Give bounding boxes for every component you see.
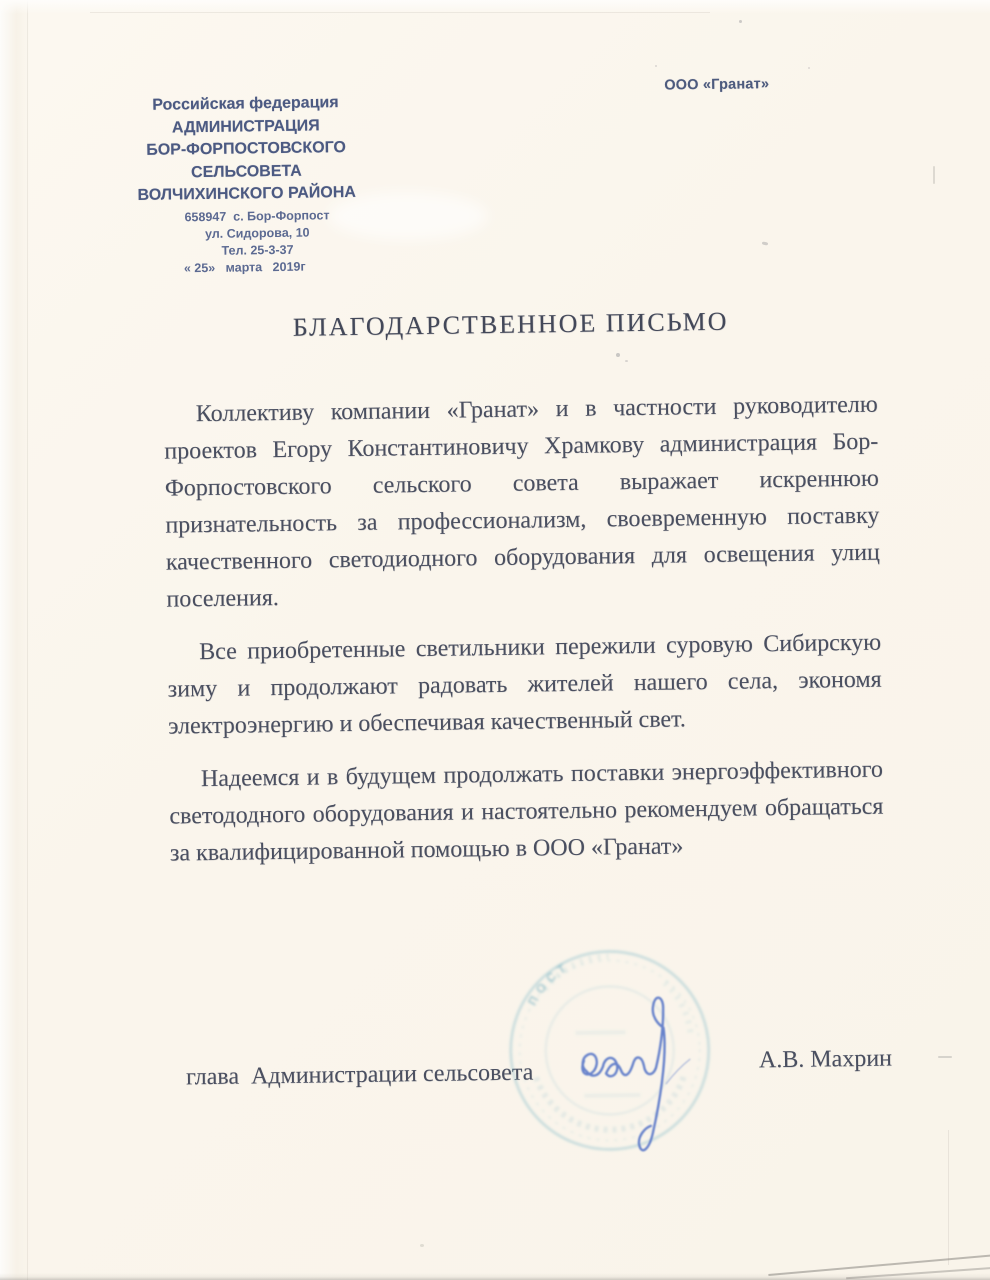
scan-speck — [625, 360, 628, 362]
letterhead-address: 658947 с. Бор-Форпост ул. Сидорова, 10 Т… — [122, 206, 373, 277]
letterhead: Российская федерация АДМИНИСТРАЦИЯ БОР-Ф… — [120, 92, 373, 278]
recipient-company: ООО «Гранат» — [664, 76, 769, 93]
scan-edge-bottom — [0, 1273, 990, 1280]
paragraph-performance: Все приобретенные светильники пережили с… — [167, 625, 882, 746]
scan-speck — [808, 67, 810, 69]
handwritten-signature — [581, 997, 691, 1151]
scan-speck — [655, 65, 657, 67]
signer-position: глава Администрации сельсовета — [186, 1060, 534, 1092]
scan-fold-line — [948, 1130, 949, 1265]
letterhead-line-district: ВОЛЧИХИНСКОГО РАЙОНА — [122, 182, 372, 208]
scanned-letter-page: ООО «Гранат» Российская федерация АДМИНИ… — [0, 0, 990, 1280]
scan-speck — [938, 1056, 952, 1058]
letter-body: Коллективу компании «Гранат» и в частнос… — [164, 387, 885, 889]
letterhead-date: « 25» марта 2019г — [143, 257, 373, 277]
letterhead-line-settlement: БОР-ФОРПОСТОВСКОГО — [121, 137, 371, 163]
paragraph-future: Надеемся и в будущем продолжать поставки… — [169, 752, 884, 873]
scan-speck — [933, 166, 935, 184]
scan-speck — [739, 20, 742, 23]
letterhead-line-country: Российская федерация — [120, 92, 370, 118]
scan-speck — [420, 1244, 424, 1247]
scan-speck — [616, 353, 620, 357]
stamp-arc-text: ПОСТ — [524, 958, 573, 1008]
paragraph-gratitude: Коллективу компании «Гранат» и в частнос… — [164, 387, 881, 619]
svg-text:ПОСТ: ПОСТ — [524, 958, 573, 1008]
official-stamp: ПОСТ — [509, 950, 710, 1151]
signer-name: А.В. Махрин — [759, 1046, 892, 1075]
letter-title: БЛАГОДАРСТВЕННОЕ ПИСЬМО — [0, 303, 986, 347]
letter-content: ООО «Гранат» Российская федерация АДМИНИ… — [0, 0, 990, 1280]
